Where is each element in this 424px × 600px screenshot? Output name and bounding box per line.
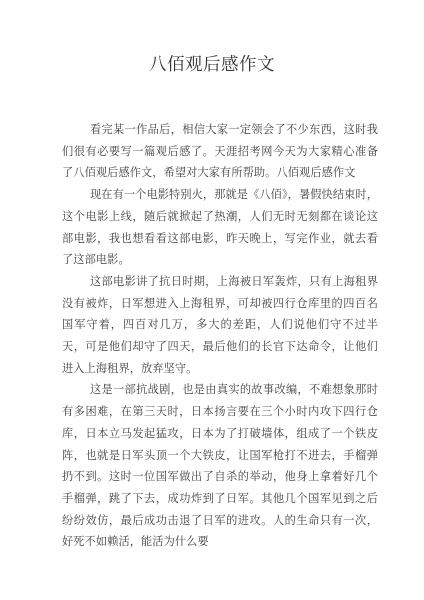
document-title: 八佰观后感作文	[0, 52, 424, 77]
document-body: 看完某一作品后，相信大家一定领会了不少东西，这时我们很有必要写一篇观后感了。天涯…	[0, 120, 424, 554]
document-page: 八佰观后感作文 看完某一作品后，相信大家一定领会了不少东西，这时我们很有必要写一…	[0, 0, 424, 600]
body-paragraph-intro: 看完某一作品后，相信大家一定领会了不少东西，这时我们很有必要写一篇观后感了。天涯…	[62, 120, 378, 185]
body-paragraph-plot-summary: 这部电影讲了抗日时期，上海被日军轰炸，只有上海租界没有被炸，日军想进入上海租界，…	[62, 272, 378, 381]
body-paragraph-battle-detail: 这是一部抗战剧，也是由真实的故事改编，不难想象那时有多困难，在第三天时，日本扬言…	[62, 380, 378, 554]
body-paragraph-movie-hype: 现在有一个电影特别火，那就是《八佰》，暑假快结束时，这个电影上线，随后就掀起了热…	[62, 185, 378, 272]
